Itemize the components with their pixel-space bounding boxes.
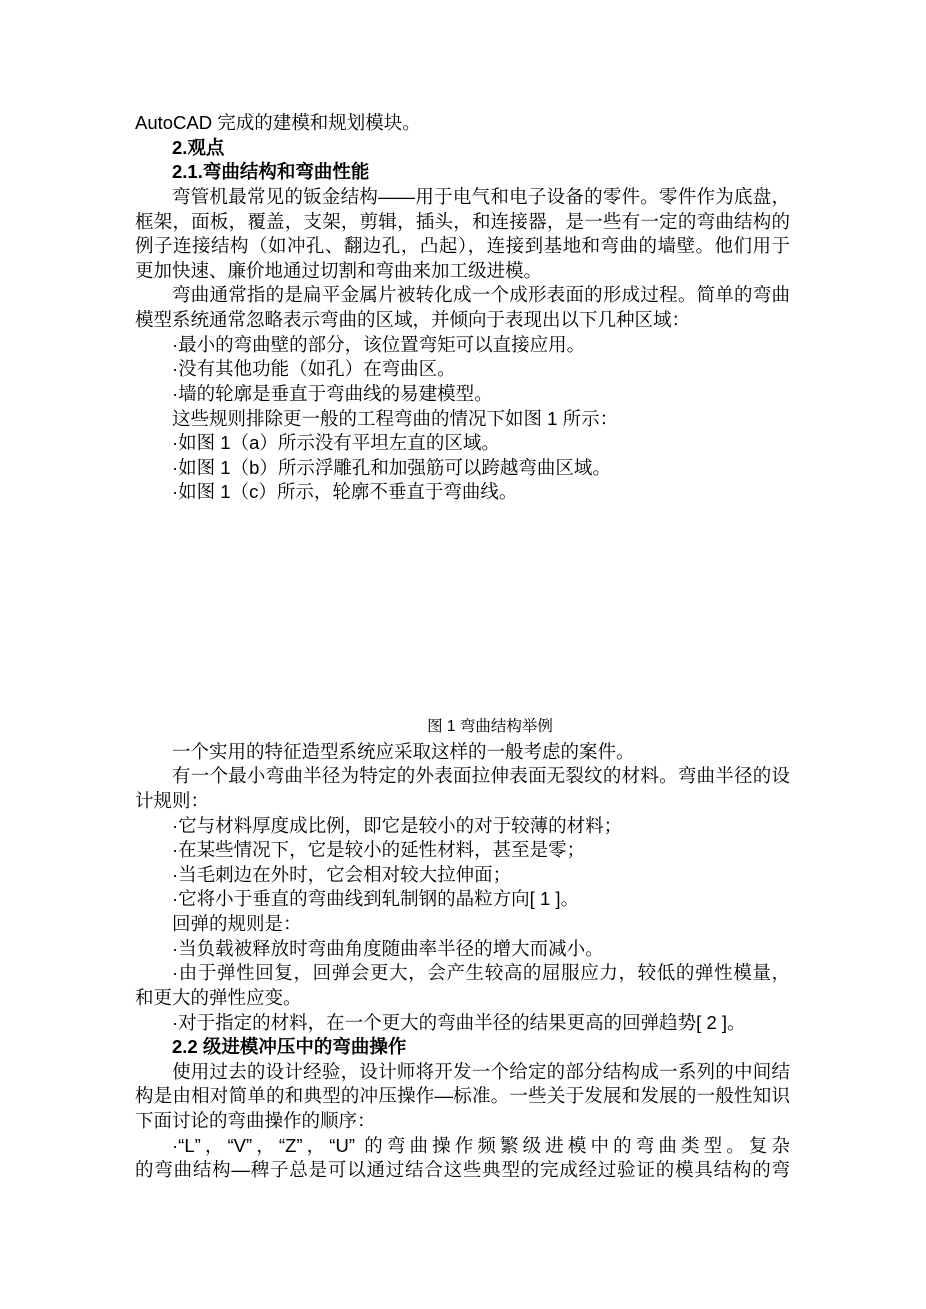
text-line: 模型系统通常忽略表示弯曲的区域，并倾向于表现出以下几种区域： (135, 308, 790, 333)
text-line: 框架，面板，覆盖，支架，剪辑，插头，和连接器，是一些有一定的弯曲结构的 (135, 210, 790, 235)
bullet-item: ·它将小于垂直的弯曲线到轧制钢的晶粒方向[ 1 ]。 (135, 887, 790, 912)
bullet-item: ·当毛刺边在外时，它会相对较大拉伸面； (135, 863, 790, 888)
figure-caption: 图 1 弯曲结构举例 (135, 715, 790, 740)
text-line: 使用过去的设计经验，设计师将开发一个给定的部分结构成一系列的中间结 (135, 1060, 790, 1085)
bullet-item: ·当负载被释放时弯曲角度随曲率半径的增大而减小。 (135, 937, 790, 962)
figure-1-placeholder (135, 505, 790, 715)
bullet-item: ·对于指定的材料，在一个更大的弯曲半径的结果更高的回弹趋势[ 2 ]。 (135, 1011, 790, 1036)
bullet-item: ·最小的弯曲壁的部分，该位置弯矩可以直接应用。 (135, 333, 790, 358)
bullet-item: ·它与材料厚度成比例，即它是较小的对于较薄的材料； (135, 814, 790, 839)
bullet-item: ·如图 1（a）所示没有平坦左直的区域。 (135, 431, 790, 456)
text-line: 更加快速、廉价地通过切割和弯曲来加工级进模。 (135, 259, 790, 284)
document-content: AutoCAD 完成的建模和规划模块。 2.观点 2.1.弯曲结构和弯曲性能 弯… (135, 111, 790, 1183)
bullet-item: ·“L”，“V”，“Z”，“U” 的弯曲操作频繁级进模中的弯曲类型。复杂 (135, 1134, 790, 1159)
text-line: 这些规则排除更一般的工程弯曲的情况下如图 1 所示： (135, 407, 790, 432)
section-heading-2-1: 2.1.弯曲结构和弯曲性能 (135, 160, 790, 185)
text-line: 计规则： (135, 789, 790, 814)
text-line: 回弹的规则是： (135, 912, 790, 937)
bullet-item: ·墙的轮廓是垂直于弯曲线的易建模型。 (135, 382, 790, 407)
text-line: 一个实用的特征造型系统应采取这样的一般考虑的案件。 (135, 740, 790, 765)
text-line: 弯管机最常见的钣金结构——用于电气和电子设备的零件。零件作为底盘， (135, 185, 790, 210)
document-page: AutoCAD 完成的建模和规划模块。 2.观点 2.1.弯曲结构和弯曲性能 弯… (0, 0, 926, 1309)
text-line: 构是由相对简单的和典型的冲压操作—标准。一些关于发展和发展的一般性知识 (135, 1084, 790, 1109)
text-line: 和更大的弹性应变。 (135, 986, 790, 1011)
bullet-item: ·在某些情况下，它是较小的延性材料，甚至是零； (135, 838, 790, 863)
bullet-item: ·由于弹性回复，回弹会更大，会产生较高的屈服应力，较低的弹性模量， (135, 961, 790, 986)
section-heading-2: 2.观点 (135, 136, 790, 161)
text-line: 弯曲通常指的是扁平金属片被转化成一个成形表面的形成过程。简单的弯曲 (135, 283, 790, 308)
text-line: AutoCAD 完成的建模和规划模块。 (135, 111, 790, 136)
bullet-item: ·如图 1（b）所示浮雕孔和加强筋可以跨越弯曲区域。 (135, 456, 790, 481)
bullet-item: ·没有其他功能（如孔）在弯曲区。 (135, 357, 790, 382)
bullet-item: ·如图 1（c）所示，轮廓不垂直于弯曲线。 (135, 480, 790, 505)
text-line: 的弯曲结构—稗子总是可以通过结合这些典型的完成经过验证的模具结构的弯 (135, 1158, 790, 1183)
text-line: 有一个最小弯曲半径为特定的外表面拉伸表面无裂纹的材料。弯曲半径的设 (135, 764, 790, 789)
text-line: 例子连接结构（如冲孔、翻边孔，凸起），连接到基地和弯曲的墙壁。他们用于 (135, 234, 790, 259)
text-line: 下面讨论的弯曲操作的顺序： (135, 1109, 790, 1134)
section-heading-2-2: 2.2 级进模冲压中的弯曲操作 (135, 1035, 790, 1060)
